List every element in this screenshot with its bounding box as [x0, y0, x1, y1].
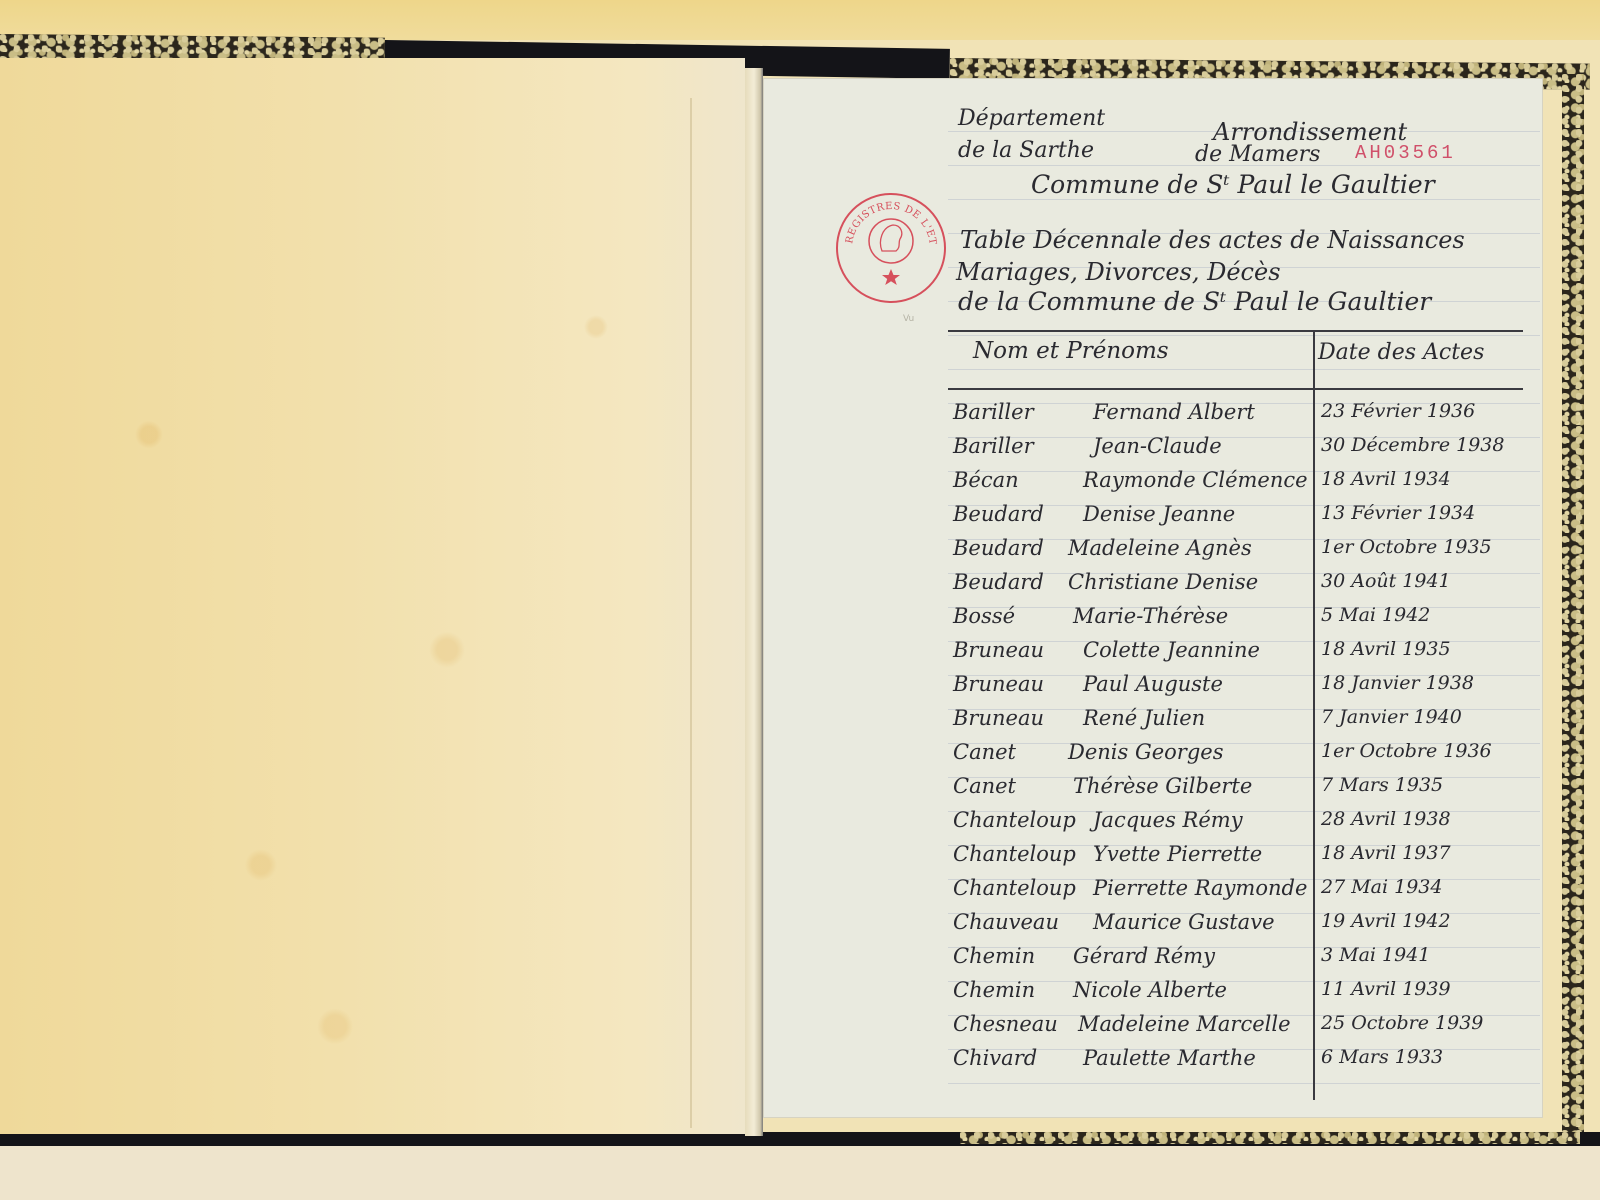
- register-page: Département de la Sarthe Arrondissement …: [763, 78, 1543, 1118]
- row-given-names: Jean-Claude: [1093, 434, 1222, 458]
- endpaper-fold: [690, 98, 692, 1128]
- table-row: Chanteloup Jacques Rémy 28 Avril 1938: [953, 808, 1533, 842]
- row-surname: Bruneau: [953, 638, 1044, 662]
- row-date: 19 Avril 1942: [1321, 910, 1451, 932]
- table-row: Bécan Raymonde Clémence 18 Avril 1934: [953, 468, 1533, 502]
- table-row: Chemin Nicole Alberte 11 Avril 1939: [953, 978, 1533, 1012]
- etat-civil-seal: REGISTRES DE L'ETAT CIVIL: [836, 193, 946, 303]
- row-given-names: Fernand Albert: [1093, 400, 1255, 424]
- row-given-names: Paulette Marthe: [1083, 1046, 1256, 1070]
- row-date: 7 Janvier 1940: [1321, 706, 1462, 728]
- table-row: Bossé Marie-Thérèse 5 Mai 1942: [953, 604, 1533, 638]
- table-header-bottom-rule: [948, 388, 1523, 390]
- departement-label: Département: [958, 106, 1105, 131]
- svg-text:REGISTRES DE L'ETAT CIVIL: REGISTRES DE L'ETAT CIVIL: [838, 195, 938, 246]
- row-given-names: Christiane Denise: [1068, 570, 1258, 594]
- table-row: Beudard Madeleine Agnès 1er Octobre 1935: [953, 536, 1533, 570]
- table-row: Bariller Fernand Albert 23 Février 1936: [953, 400, 1533, 434]
- row-surname: Bariller: [953, 434, 1034, 458]
- row-date: 1er Octobre 1935: [1321, 536, 1492, 558]
- row-given-names: Madeleine Marcelle: [1078, 1012, 1291, 1036]
- row-surname: Bruneau: [953, 672, 1044, 696]
- table-row: Chauveau Maurice Gustave 19 Avril 1942: [953, 910, 1533, 944]
- table-surface-bottom: [0, 1140, 1600, 1200]
- row-given-names: Denise Jeanne: [1083, 502, 1235, 526]
- row-surname: Beudard: [953, 536, 1044, 560]
- table-row: Beudard Christiane Denise 30 Août 1941: [953, 570, 1533, 604]
- row-surname: Chesneau: [953, 1012, 1058, 1036]
- table-row: Chemin Gérard Rémy 3 Mai 1941: [953, 944, 1533, 978]
- commune-line: Commune de Sᵗ Paul le Gaultier: [1031, 170, 1435, 199]
- title-line-3: de la Commune de Sᵗ Paul le Gaultier: [958, 287, 1431, 316]
- column-header-date: Date des Actes: [1318, 340, 1484, 365]
- row-date: 23 Février 1936: [1321, 400, 1475, 422]
- row-surname: Chanteloup: [953, 842, 1076, 866]
- row-surname: Bécan: [953, 468, 1019, 492]
- row-date: 13 Février 1934: [1321, 502, 1475, 524]
- archive-stamp-number: AH03561: [1355, 142, 1456, 164]
- row-date: 11 Avril 1939: [1321, 978, 1451, 1000]
- table-row: Chanteloup Pierrette Raymonde 27 Mai 193…: [953, 876, 1533, 910]
- row-date: 1er Octobre 1936: [1321, 740, 1492, 762]
- row-date: 18 Avril 1937: [1321, 842, 1451, 864]
- row-given-names: Raymonde Clémence: [1083, 468, 1308, 492]
- table-row: Chesneau Madeleine Marcelle 25 Octobre 1…: [953, 1012, 1533, 1046]
- column-header-name: Nom et Prénoms: [973, 338, 1169, 364]
- row-date: 18 Avril 1934: [1321, 468, 1451, 490]
- table-row: Bariller Jean-Claude 30 Décembre 1938: [953, 434, 1533, 468]
- row-date: 18 Janvier 1938: [1321, 672, 1474, 694]
- row-surname: Bariller: [953, 400, 1034, 424]
- row-surname: Chivard: [953, 1046, 1037, 1070]
- row-given-names: Pierrette Raymonde: [1093, 876, 1307, 900]
- row-given-names: Maurice Gustave: [1093, 910, 1275, 934]
- table-row: Chanteloup Yvette Pierrette 18 Avril 193…: [953, 842, 1533, 876]
- title-line-2: Mariages, Divorces, Décès: [956, 258, 1281, 286]
- row-surname: Chemin: [953, 944, 1035, 968]
- row-given-names: Colette Jeannine: [1083, 638, 1260, 662]
- row-surname: Chemin: [953, 978, 1035, 1002]
- row-given-names: Gérard Rémy: [1073, 944, 1215, 968]
- row-given-names: Thérèse Gilberte: [1073, 774, 1252, 798]
- row-given-names: Denis Georges: [1068, 740, 1224, 764]
- row-surname: Chauveau: [953, 910, 1059, 934]
- row-date: 3 Mai 1941: [1321, 944, 1430, 966]
- left-endpaper: [0, 58, 745, 1134]
- marbled-cover-edge-right: [1562, 74, 1584, 1134]
- table-row: Bruneau Colette Jeannine 18 Avril 1935: [953, 638, 1533, 672]
- row-surname: Canet: [953, 774, 1016, 798]
- row-surname: Canet: [953, 740, 1016, 764]
- row-date: 30 Août 1941: [1321, 570, 1451, 592]
- margin-note: Vu: [903, 314, 914, 324]
- row-date: 28 Avril 1938: [1321, 808, 1451, 830]
- table-row: Bruneau René Julien 7 Janvier 1940: [953, 706, 1533, 740]
- row-surname: Chanteloup: [953, 808, 1076, 832]
- row-surname: Bruneau: [953, 706, 1044, 730]
- table-row: Chivard Paulette Marthe 6 Mars 1933: [953, 1046, 1533, 1080]
- row-date: 27 Mai 1934: [1321, 876, 1442, 898]
- row-given-names: Paul Auguste: [1083, 672, 1223, 696]
- table-header-top-rule: [948, 330, 1523, 332]
- row-date: 7 Mars 1935: [1321, 774, 1443, 796]
- book-spine-gutter: [745, 68, 763, 1136]
- row-date: 5 Mai 1942: [1321, 604, 1430, 626]
- row-given-names: Jacques Rémy: [1093, 808, 1243, 832]
- table-row: Bruneau Paul Auguste 18 Janvier 1938: [953, 672, 1533, 706]
- marbled-cover-edge-bottom: [960, 1132, 1580, 1144]
- row-given-names: Marie-Thérèse: [1073, 604, 1228, 628]
- row-given-names: Madeleine Agnès: [1068, 536, 1252, 560]
- table-row: Canet Thérèse Gilberte 7 Mars 1935: [953, 774, 1533, 808]
- row-date: 25 Octobre 1939: [1321, 1012, 1483, 1034]
- row-surname: Bossé: [953, 604, 1015, 628]
- row-given-names: René Julien: [1083, 706, 1205, 730]
- row-surname: Beudard: [953, 570, 1044, 594]
- title-line-1: Table Décennale des actes de Naissances: [960, 226, 1465, 254]
- table-row: Canet Denis Georges 1er Octobre 1936: [953, 740, 1533, 774]
- row-surname: Chanteloup: [953, 876, 1076, 900]
- row-date: 18 Avril 1935: [1321, 638, 1451, 660]
- table-surface-top: [0, 0, 1600, 40]
- table-row: Beudard Denise Jeanne 13 Février 1934: [953, 502, 1533, 536]
- arrondissement-value: de Mamers: [1195, 142, 1320, 167]
- row-date: 6 Mars 1933: [1321, 1046, 1443, 1068]
- row-surname: Beudard: [953, 502, 1044, 526]
- departement-value: de la Sarthe: [958, 138, 1094, 163]
- seal-icon: REGISTRES DE L'ETAT CIVIL: [838, 195, 944, 301]
- row-date: 30 Décembre 1938: [1321, 434, 1504, 456]
- row-given-names: Nicole Alberte: [1073, 978, 1227, 1002]
- row-given-names: Yvette Pierrette: [1093, 842, 1262, 866]
